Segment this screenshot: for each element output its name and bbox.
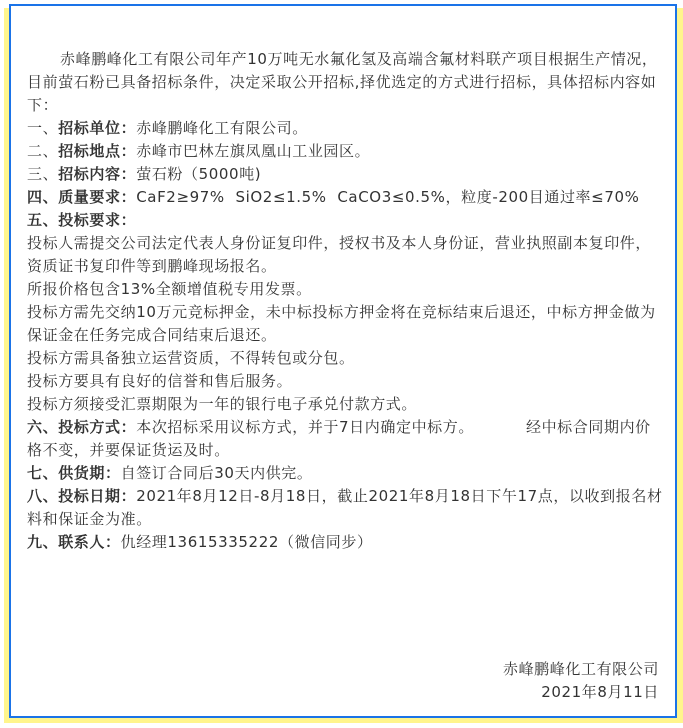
section-label: 投标方式： bbox=[58, 418, 136, 436]
section-bid-method: 六、投标方式：本次招标采用议标方式，并于7日内确定中标方。经中标合同期内价格不变… bbox=[27, 416, 663, 462]
section-text: CaF2≥97% SiO2≤1.5% CaCO3≤0.5%，粒度-200目通过率… bbox=[136, 188, 639, 206]
section-number: 七、 bbox=[27, 464, 58, 482]
section-bid-date: 八、投标日期：2021年8月12日-8月18日，截止2021年8月18日下午17… bbox=[27, 485, 663, 531]
section-label: 投标日期： bbox=[58, 487, 136, 505]
section-text: 赤峰市巴林左旗凤凰山工业园区。 bbox=[136, 142, 370, 160]
section-text: 自签订合同后30天内供完。 bbox=[121, 464, 313, 482]
section-text: 本次招标采用议标方式，并于7日内确定中标方。 bbox=[136, 418, 474, 436]
section-label: 联系人： bbox=[58, 533, 120, 551]
requirement-item: 投标方须接受汇票期限为一年的银行电子承兑付款方式。 bbox=[27, 393, 663, 416]
section-label: 招标地点： bbox=[58, 142, 136, 160]
requirement-item: 投标方需具备独立运营资质，不得转包或分包。 bbox=[27, 347, 663, 370]
section-number: 一、 bbox=[27, 119, 58, 137]
section-text: 仇经理13615335222（微信同步） bbox=[121, 533, 373, 551]
section-text: 赤峰鹏峰化工有限公司。 bbox=[136, 119, 308, 137]
section-delivery: 七、供货期：自签订合同后30天内供完。 bbox=[27, 462, 663, 485]
section-label: 质量要求： bbox=[58, 188, 136, 206]
section-label: 供货期： bbox=[58, 464, 120, 482]
section-number: 三、 bbox=[27, 165, 58, 183]
section-number: 五、 bbox=[27, 211, 58, 229]
notice-card: 赤峰鹏峰化工有限公司年产10万吨无水氟化氢及高端含氟材料联产项目根据生产情况，目… bbox=[9, 4, 677, 718]
section-number: 四、 bbox=[27, 188, 58, 206]
section-quality: 四、质量要求：CaF2≥97% SiO2≤1.5% CaCO3≤0.5%，粒度-… bbox=[27, 186, 663, 209]
signature-date: 2021年8月11日 bbox=[503, 681, 659, 704]
notice-body: 赤峰鹏峰化工有限公司年产10万吨无水氟化氢及高端含氟材料联产项目根据生产情况，目… bbox=[27, 48, 663, 554]
requirement-item: 投标方要具有良好的信誉和售后服务。 bbox=[27, 370, 663, 393]
section-text: 萤石粉（5000吨) bbox=[136, 165, 261, 183]
section-label: 招标内容： bbox=[58, 165, 136, 183]
section-bid-requirements: 五、投标要求： bbox=[27, 209, 663, 232]
requirement-item: 所报价格包含13%全额增值税专用发票。 bbox=[27, 278, 663, 301]
section-unit: 一、招标单位：赤峰鹏峰化工有限公司。 bbox=[27, 117, 663, 140]
section-content: 三、招标内容：萤石粉（5000吨) bbox=[27, 163, 663, 186]
section-label: 招标单位： bbox=[58, 119, 136, 137]
requirement-item: 投标方需先交纳10万元竞标押金，未中标投标方押金将在竞标结束后退还，中标方押金做… bbox=[27, 301, 663, 347]
section-number: 六、 bbox=[27, 418, 58, 436]
section-label: 投标要求： bbox=[58, 211, 136, 229]
requirement-item: 投标人需提交公司法定代表人身份证复印件，授权书及本人身份证，营业执照副本复印件，… bbox=[27, 232, 663, 278]
section-number: 九、 bbox=[27, 533, 58, 551]
section-number: 八、 bbox=[27, 487, 58, 505]
signature-company: 赤峰鹏峰化工有限公司 bbox=[503, 658, 659, 681]
section-contact: 九、联系人：仇经理13615335222（微信同步） bbox=[27, 531, 663, 554]
signature-block: 赤峰鹏峰化工有限公司 2021年8月11日 bbox=[503, 658, 659, 704]
intro-paragraph: 赤峰鹏峰化工有限公司年产10万吨无水氟化氢及高端含氟材料联产项目根据生产情况，目… bbox=[27, 48, 663, 117]
section-location: 二、招标地点：赤峰市巴林左旗凤凰山工业园区。 bbox=[27, 140, 663, 163]
section-number: 二、 bbox=[27, 142, 58, 160]
